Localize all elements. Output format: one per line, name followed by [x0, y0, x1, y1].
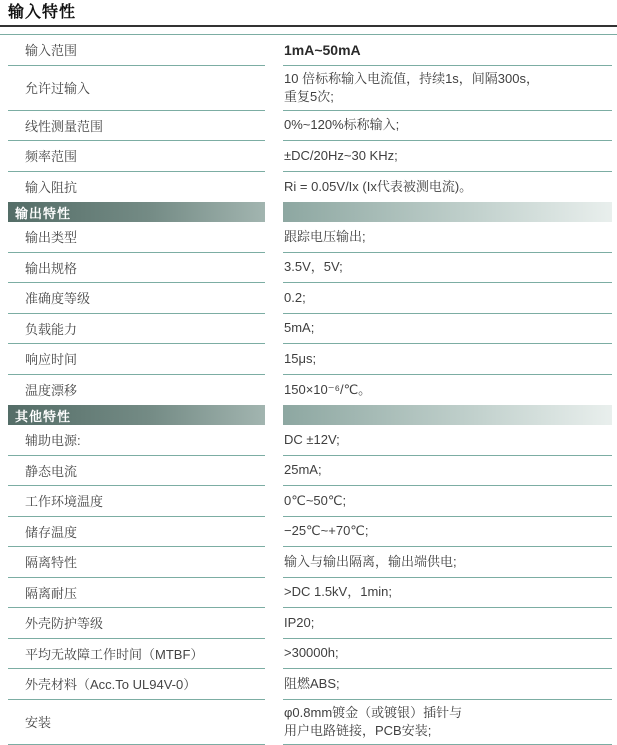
column-gap	[265, 578, 283, 609]
spec-sheet-page: 输入特性 输入范围 1mA~50mA 允许过输入 10 倍标称输入电流值，持续1…	[0, 0, 617, 745]
section-bar-label: 其他特性	[8, 405, 265, 425]
column-gap	[265, 283, 283, 314]
row-label: 储存温度	[8, 517, 265, 548]
row-label: 温度漂移	[8, 375, 265, 406]
spec-row: 输入阻抗 Ri = 0.05V/Ix (Ix代表被测电流)。	[8, 172, 612, 203]
column-gap	[265, 639, 283, 670]
row-label: 隔离耐压	[8, 578, 265, 609]
column-gap	[265, 222, 283, 253]
spec-row: 隔离特性 输入与输出隔离，输出端供电;	[8, 547, 612, 578]
spec-table: 输入范围 1mA~50mA 允许过输入 10 倍标称输入电流值，持续1s，间隔3…	[0, 35, 617, 745]
row-value: >30000h;	[283, 639, 612, 670]
row-value: IP20;	[283, 608, 612, 639]
spec-row: 外壳防护等级 IP20;	[8, 608, 612, 639]
row-label: 静态电流	[8, 456, 265, 487]
row-value: DC ±12V;	[283, 425, 612, 456]
row-value: 0℃~50℃;	[283, 486, 612, 517]
row-label: 安装	[8, 700, 265, 745]
section-bar: 输出特性	[8, 202, 612, 222]
row-value: 10 倍标称输入电流值，持续1s，间隔300s， 重复5次;	[283, 66, 612, 111]
section-bar-fill	[283, 405, 612, 425]
row-label: 准确度等级	[8, 283, 265, 314]
row-label: 输出规格	[8, 253, 265, 284]
column-gap	[265, 456, 283, 487]
column-gap	[265, 425, 283, 456]
spec-row: 隔离耐压 >DC 1.5kV，1min;	[8, 578, 612, 609]
row-value: 1mA~50mA	[283, 35, 612, 66]
spec-row: 静态电流 25mA;	[8, 456, 612, 487]
row-value: 3.5V，5V;	[283, 253, 612, 284]
row-value: φ0.8mm镀金（或镀银）插针与 用户电路链接，PCB安装;	[283, 700, 612, 745]
spec-row: 外壳材料（Acc.To UL94V-0） 阻燃ABS;	[8, 669, 612, 700]
row-label: 负载能力	[8, 314, 265, 345]
column-gap	[265, 111, 283, 142]
spec-row: 频率范围 ±DC/20Hz~30 KHz;	[8, 141, 612, 172]
row-label: 允许过输入	[8, 66, 265, 111]
row-value: 输入与输出隔离，输出端供电;	[283, 547, 612, 578]
page-title: 输入特性	[8, 4, 609, 25]
column-gap	[265, 344, 283, 375]
row-value: 15μs;	[283, 344, 612, 375]
column-gap	[265, 66, 283, 111]
row-label: 平均无故障工作时间（MTBF）	[8, 639, 265, 670]
column-gap	[265, 700, 283, 745]
spec-row: 工作环境温度 0℃~50℃;	[8, 486, 612, 517]
row-value: 0.2;	[283, 283, 612, 314]
row-label: 外壳材料（Acc.To UL94V-0）	[8, 669, 265, 700]
spec-row: 温度漂移 150×10⁻⁶/℃。	[8, 375, 612, 406]
section-bar-gap	[265, 405, 283, 425]
column-gap	[265, 517, 283, 548]
row-label: 隔离特性	[8, 547, 265, 578]
spec-row: 储存温度 −25℃~+70℃;	[8, 517, 612, 548]
spec-row: 输入范围 1mA~50mA	[8, 35, 612, 66]
column-gap	[265, 669, 283, 700]
section-bar: 其他特性	[8, 405, 612, 425]
row-value: 跟踪电压输出;	[283, 222, 612, 253]
row-value: >DC 1.5kV，1min;	[283, 578, 612, 609]
column-gap	[265, 141, 283, 172]
row-value: 150×10⁻⁶/℃。	[283, 375, 612, 406]
row-label: 输入范围	[8, 35, 265, 66]
spec-row: 准确度等级 0.2;	[8, 283, 612, 314]
section-bar-gap	[265, 202, 283, 222]
row-label: 响应时间	[8, 344, 265, 375]
spec-row: 安装 φ0.8mm镀金（或镀银）插针与 用户电路链接，PCB安装;	[8, 700, 612, 745]
row-value: Ri = 0.05V/Ix (Ix代表被测电流)。	[283, 172, 612, 203]
row-label: 输出类型	[8, 222, 265, 253]
spec-row: 响应时间 15μs;	[8, 344, 612, 375]
row-label: 工作环境温度	[8, 486, 265, 517]
spec-row: 负载能力 5mA;	[8, 314, 612, 345]
column-gap	[265, 547, 283, 578]
row-value: 25mA;	[283, 456, 612, 487]
spec-row: 线性测量范围 0%~120%标称输入;	[8, 111, 612, 142]
spec-row: 输出规格 3.5V，5V;	[8, 253, 612, 284]
section-bar-fill	[283, 202, 612, 222]
row-value: ±DC/20Hz~30 KHz;	[283, 141, 612, 172]
row-label: 线性测量范围	[8, 111, 265, 142]
row-label: 频率范围	[8, 141, 265, 172]
column-gap	[265, 172, 283, 203]
row-value: −25℃~+70℃;	[283, 517, 612, 548]
column-gap	[265, 375, 283, 406]
spec-row: 允许过输入 10 倍标称输入电流值，持续1s，间隔300s， 重复5次;	[8, 66, 612, 111]
row-value: 阻燃ABS;	[283, 669, 612, 700]
column-gap	[265, 35, 283, 66]
spec-row: 平均无故障工作时间（MTBF） >30000h;	[8, 639, 612, 670]
spec-row: 辅助电源: DC ±12V;	[8, 425, 612, 456]
row-label: 输入阻抗	[8, 172, 265, 203]
page-header: 输入特性	[0, 0, 617, 25]
row-label: 外壳防护等级	[8, 608, 265, 639]
column-gap	[265, 486, 283, 517]
spec-row: 输出类型 跟踪电压输出;	[8, 222, 612, 253]
column-gap	[265, 608, 283, 639]
section-bar-label: 输出特性	[8, 202, 265, 222]
row-value: 5mA;	[283, 314, 612, 345]
row-label: 辅助电源:	[8, 425, 265, 456]
row-value: 0%~120%标称输入;	[283, 111, 612, 142]
column-gap	[265, 314, 283, 345]
title-underline	[0, 25, 617, 27]
column-gap	[265, 253, 283, 284]
